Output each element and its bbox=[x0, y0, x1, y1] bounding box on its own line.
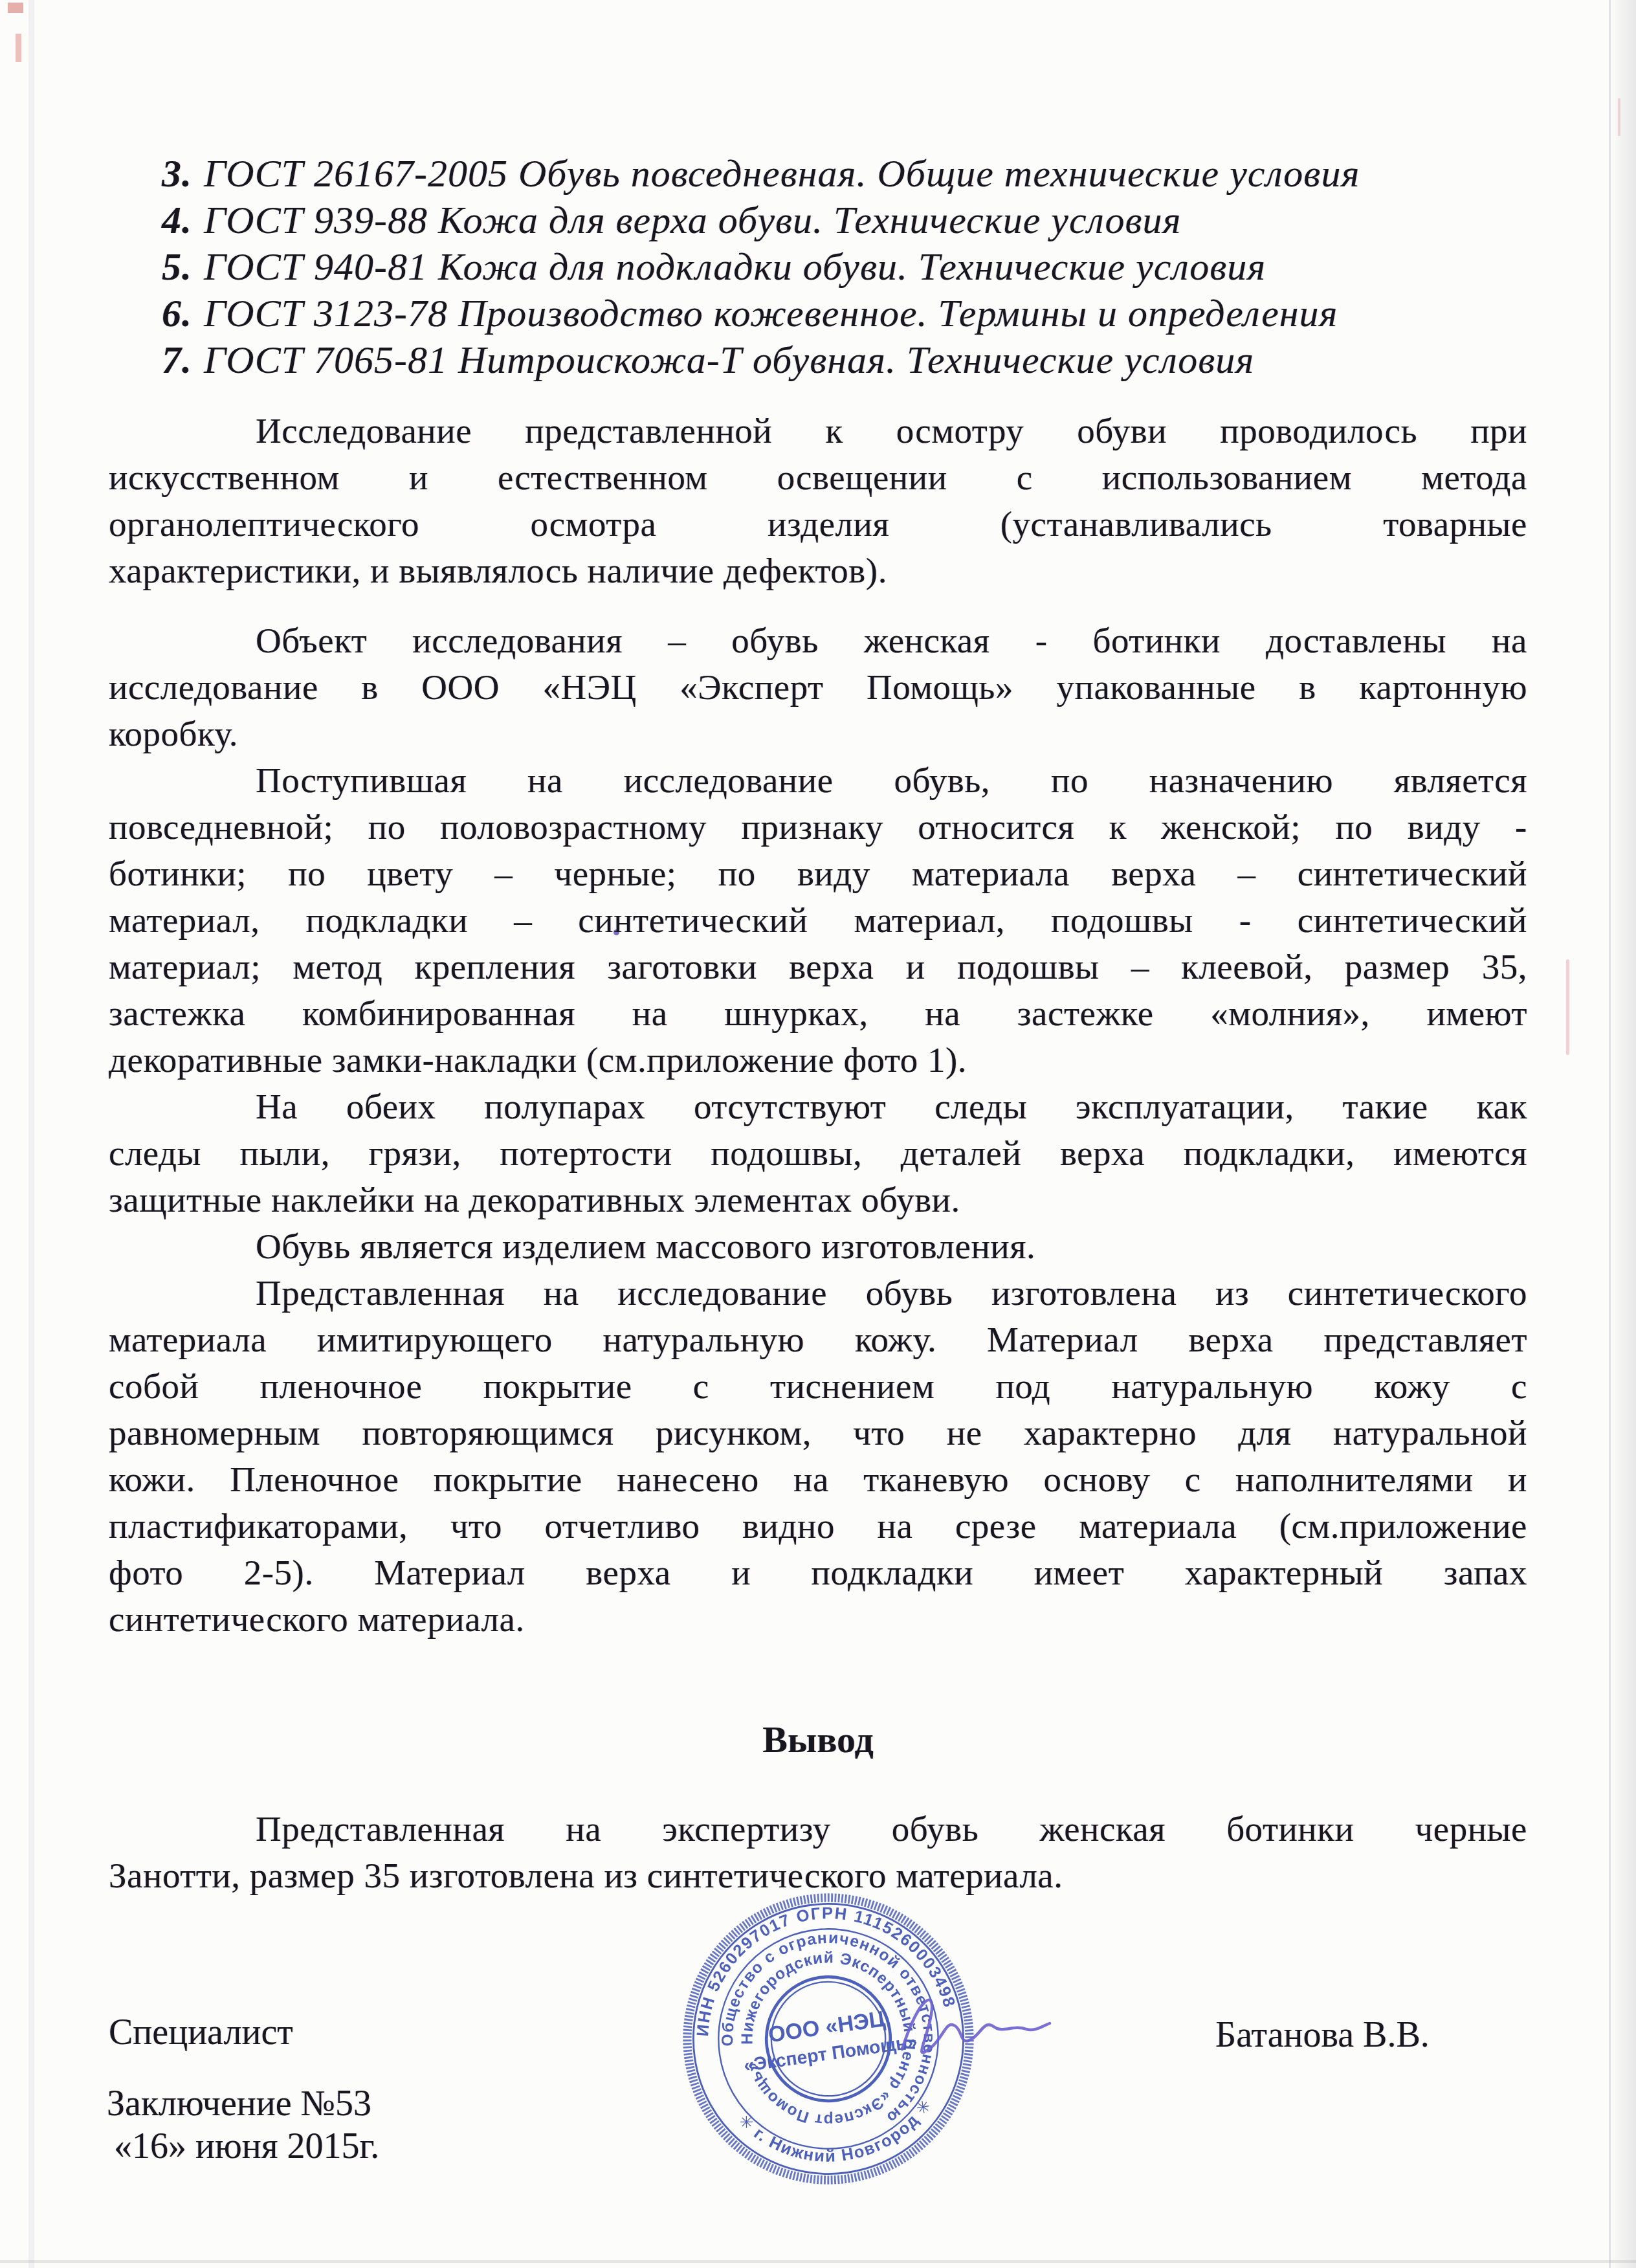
scan-edge-line bbox=[1609, 0, 1611, 2268]
text-line: равномернымповторяющимсярисунком,чтонеха… bbox=[109, 1410, 1527, 1456]
text-line: Наобеихполупарахотсутствуютследыэксплуат… bbox=[109, 1084, 1527, 1130]
item-text: ГОСТ 939-88 Кожа для верха обуви. Технич… bbox=[204, 199, 1181, 241]
standards-list: 3.ГОСТ 26167-2005 Обувь повседневная. Об… bbox=[162, 150, 1495, 383]
text-line: Представленнаянаэкспертизуобувьженскаябо… bbox=[109, 1806, 1527, 1852]
paragraph: Наобеихполупарахотсутствуютследыэксплуат… bbox=[109, 1084, 1527, 1223]
text-line: Поступившаянаисследованиеобувь,поназначе… bbox=[109, 757, 1527, 804]
text-line: фото2-5).Материалверхаиподкладкиимеетхар… bbox=[109, 1550, 1527, 1596]
text-line: повседневной;пополовозрастномупризнакуот… bbox=[109, 804, 1527, 850]
item-text: ГОСТ 26167-2005 Обувь повседневная. Общи… bbox=[204, 152, 1360, 195]
text-line: кожи.Пленочноепокрытиенанесенонатканевую… bbox=[109, 1456, 1527, 1503]
text-line: пластификаторами,чтоотчетливовиднонасрез… bbox=[109, 1503, 1527, 1550]
paragraph: Обувь является изделием массового изгото… bbox=[109, 1223, 1527, 1270]
scan-artifact bbox=[1566, 959, 1569, 1055]
text-line: органолептическогоосмотраизделия(устанав… bbox=[109, 501, 1527, 548]
scan-artifact bbox=[1618, 98, 1620, 136]
paragraph: Исследованиепредставленнойкосмотруобувип… bbox=[109, 408, 1527, 594]
standard-list-item: 3.ГОСТ 26167-2005 Обувь повседневная. Об… bbox=[162, 150, 1495, 197]
report-number: Заключение №53 bbox=[107, 2083, 371, 2124]
text-line: искусственномиестественномосвещениисиспо… bbox=[109, 454, 1527, 501]
item-number: 5. bbox=[162, 245, 192, 288]
item-number: 4. bbox=[162, 199, 192, 241]
text-line: ботинки;поцвету–черные;повидуматериалаве… bbox=[109, 850, 1527, 897]
text-line: синтетического материала. bbox=[109, 1596, 1527, 1643]
standard-list-item: 4.ГОСТ 939-88 Кожа для верха обуви. Техн… bbox=[162, 197, 1495, 243]
text-line: характеристики, и выявлялось наличие деф… bbox=[109, 548, 1527, 594]
item-text: ГОСТ 7065-81 Нитроискожа-Т обувная. Техн… bbox=[204, 339, 1254, 381]
text-line: следыпыли,грязи,потертостиподошвы,детале… bbox=[109, 1130, 1527, 1177]
specialist-label: Специалист bbox=[109, 2012, 293, 2053]
text-line: декоративные замки-накладки (см.приложен… bbox=[109, 1037, 1527, 1084]
conclusion-heading: Вывод bbox=[109, 1717, 1527, 1763]
scan-bottom-line bbox=[0, 2260, 1636, 2263]
text-line: собойпленочноепокрытиестиснениемподнатур… bbox=[109, 1363, 1527, 1410]
item-number: 6. bbox=[162, 292, 192, 335]
paragraph: Поступившаянаисследованиеобувь,поназначе… bbox=[109, 757, 1527, 1084]
specialist-name: Батанова В.В. bbox=[1215, 2014, 1430, 2056]
item-number: 3. bbox=[162, 152, 192, 195]
text-line: материал,подкладки–синтетическийматериал… bbox=[109, 897, 1527, 944]
text-line: исследованиевООО«НЭЦ«ЭкспертПомощь»упако… bbox=[109, 664, 1527, 711]
scan-mark-red bbox=[8, 3, 23, 13]
document-page: 3.ГОСТ 26167-2005 Обувь повседневная. Об… bbox=[0, 0, 1636, 2268]
text-line: застежкакомбинированнаянашнурках,назасте… bbox=[109, 990, 1527, 1037]
text-line: Представленнаянаисследованиеобувьизготов… bbox=[109, 1270, 1527, 1317]
paragraph: Представленнаянаисследованиеобувьизготов… bbox=[109, 1270, 1527, 1643]
standard-list-item: 5.ГОСТ 940-81 Кожа для подкладки обуви. … bbox=[162, 243, 1495, 290]
text-line: материал;методкреплениязаготовкиверхаипо… bbox=[109, 944, 1527, 990]
text-line: коробку. bbox=[109, 711, 1527, 757]
text-line: Обувь является изделием массового изгото… bbox=[109, 1223, 1527, 1270]
text-line: Объектисследования–обувьженская-ботинкид… bbox=[109, 617, 1527, 664]
scan-edge-shadow bbox=[1609, 0, 1636, 2268]
text-line: Исследованиепредставленнойкосмотруобувип… bbox=[109, 408, 1527, 454]
scan-mark-red bbox=[16, 34, 21, 62]
body-paragraphs: Исследованиепредставленнойкосмотруобувип… bbox=[109, 408, 1527, 1643]
scan-edge-band bbox=[28, 0, 34, 2268]
text-line: материалаимитирующегонатуральнуюкожу.Мат… bbox=[109, 1317, 1527, 1363]
item-text: ГОСТ 940-81 Кожа для подкладки обуви. Те… bbox=[204, 245, 1266, 288]
item-number: 7. bbox=[162, 339, 192, 381]
paragraph: Объектисследования–обувьженская-ботинкид… bbox=[109, 617, 1527, 757]
text-line: защитные наклейки на декоративных элемен… bbox=[109, 1177, 1527, 1223]
handwritten-signature bbox=[893, 1987, 1056, 2065]
standard-list-item: 6.ГОСТ 3123-78 Производство кожевенное. … bbox=[162, 290, 1495, 337]
standard-list-item: 7.ГОСТ 7065-81 Нитроискожа-Т обувная. Те… bbox=[162, 337, 1495, 383]
report-date: «16» июня 2015г. bbox=[114, 2126, 379, 2167]
item-text: ГОСТ 3123-78 Производство кожевенное. Те… bbox=[204, 292, 1338, 335]
